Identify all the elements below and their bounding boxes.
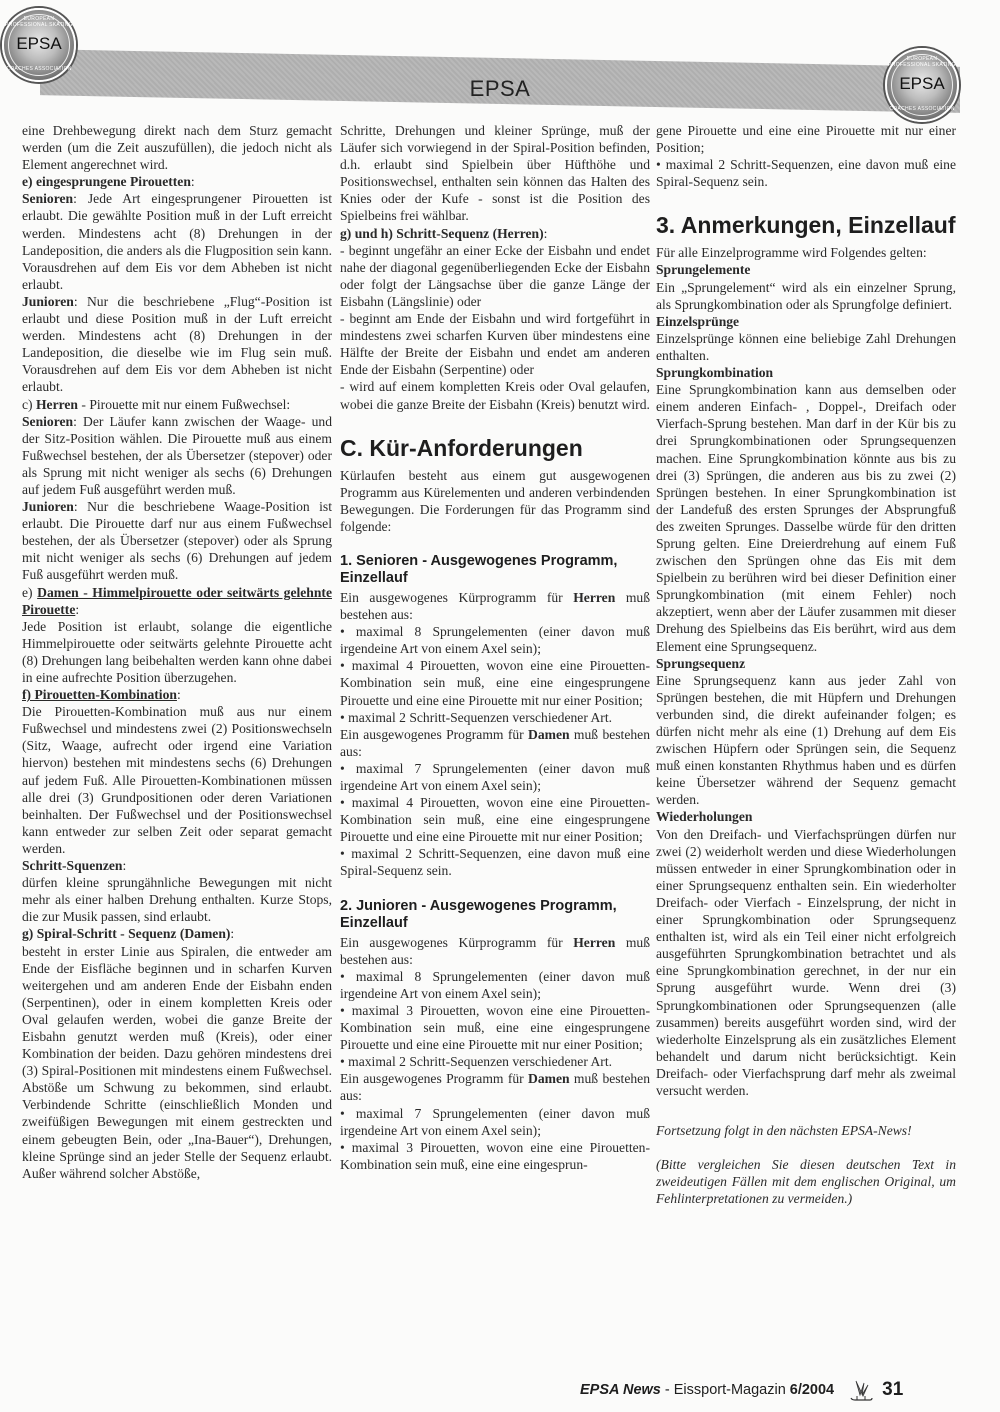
section-heading-gh: g) und h) Schritt-Sequenz (Herren): xyxy=(340,225,650,242)
banner-title: EPSA xyxy=(0,76,1000,102)
paragraph: Für alle Einzelprogramme wird Folgendes … xyxy=(656,244,956,261)
logo-ring-top-text: EUROPEAN PROFESSIONAL SKATING xyxy=(887,56,957,68)
paragraph: Eine Sprungkombination kann aus demselbe… xyxy=(656,381,956,655)
paragraph: Einzelsprünge können eine beliebige Zahl… xyxy=(656,330,956,364)
paragraph-herren: Ein ausgewogenes Kürprogramm für Herren … xyxy=(340,934,650,968)
list-item: • maximal 2 Schritt-Sequenzen verschiede… xyxy=(340,1053,650,1070)
footer-brand: EPSA News xyxy=(580,1382,661,1398)
paragraph: Von den Dreifach- und Vierfachsprüngen d… xyxy=(656,826,956,1100)
paragraph: Kürlaufen besteht aus einem gut ausgewog… xyxy=(340,467,650,535)
logo-ring-bottom-text: COACHES ASSOCIATION xyxy=(4,66,74,72)
logo-ring-top-text: EUROPEAN PROFESSIONAL SKATING xyxy=(4,16,74,28)
heading-text: Damen - Himmelpirouette oder seitwärts g… xyxy=(22,585,332,617)
list-item: - beginnt am Ende der Eisbahn und wird f… xyxy=(340,310,650,378)
section-heading-e: e) eingesprungene Pirouetten: xyxy=(22,173,332,190)
translation-note: (Bitte vergleichen Sie diesen deutschen … xyxy=(656,1156,956,1207)
column-middle: Schritte, Drehungen und kleiner Sprünge,… xyxy=(340,122,650,1173)
list-item: • maximal 7 Sprungelementen (einer davon… xyxy=(340,1105,650,1139)
paragraph: Jede Position ist erlaubt, solange die e… xyxy=(22,618,332,686)
paragraph: Die Pirouetten-Kombination muß aus nur e… xyxy=(22,703,332,857)
section-heading-herren: c) Herren - Pirouette mit nur einem Fußw… xyxy=(22,396,332,413)
section-title-3: 3. Anmerkungen, Einzellauf xyxy=(656,212,956,238)
paragraph-junioren-2: Junioren: Nur die beschriebene Waage-Pos… xyxy=(22,498,332,583)
heading-text: e) eingesprungene Pirouetten xyxy=(22,174,191,189)
section-heading-g: g) Spiral-Schritt - Sequenz (Damen): xyxy=(22,925,332,942)
subheading-wiederholungen: Wiederholungen xyxy=(656,808,956,825)
list-item: • maximal 3 Pirouetten, wovon eine eine … xyxy=(340,1002,650,1053)
section-heading-schritt: Schritt-Squenzen: xyxy=(22,857,332,874)
list-item: • maximal 4 Pirouetten, wovon eine eine … xyxy=(340,657,650,708)
logo-text: EPSA xyxy=(4,34,74,54)
paragraph: gene Pirouette und eine eine Pirouette m… xyxy=(656,122,956,156)
list-item: • maximal 7 Sprungelementen (einer davon… xyxy=(340,760,650,794)
paragraph-senioren: Senioren: Jede Art eingesprungener Pirou… xyxy=(22,190,332,293)
paragraph-senioren-2: Senioren: Der Läufer kann zwischen der W… xyxy=(22,413,332,498)
label-senioren: Senioren xyxy=(22,191,73,206)
subheading-sprungelemente: Sprungelemente xyxy=(656,261,956,278)
subheading-sprungsequenz: Sprungsequenz xyxy=(656,655,956,672)
list-item: - wird auf einem kompletten Kreis oder O… xyxy=(340,378,650,412)
list-item: • maximal 4 Pirouetten, wovon eine eine … xyxy=(340,794,650,845)
footer-magazine: Eissport-Magazin xyxy=(674,1382,786,1398)
epsa-logo-right: EUROPEAN PROFESSIONAL SKATING EPSA COACH… xyxy=(885,48,959,122)
subheading-einzelspruenge: Einzelsprünge xyxy=(656,313,956,330)
list-item: • maximal 2 Schritt-Sequenzen, eine davo… xyxy=(656,156,956,190)
section-heading-damen: e) Damen - Himmelpirouette oder seitwärt… xyxy=(22,584,332,618)
paragraph-damen: Ein ausgewogenes Programm für Damen muß … xyxy=(340,726,650,760)
label-herren: Herren xyxy=(36,397,78,412)
paragraph: dürfen kleine sprungähnliche Bewegungen … xyxy=(22,874,332,925)
paragraph: Eine Sprungsequenz kann aus jeder Zahl v… xyxy=(656,672,956,809)
paragraph: Ein „Sprungelement“ wird als ein einzeln… xyxy=(656,279,956,313)
subsection-title-2: 2. Junioren - Ausgewogenes Programm, Ein… xyxy=(340,898,650,932)
paragraph-herren: Ein ausgewogenes Kürprogramm für Herren … xyxy=(340,589,650,623)
heading-text: g) Spiral-Schritt - Sequenz (Damen) xyxy=(22,926,230,941)
footer-issue: 6/2004 xyxy=(790,1382,834,1398)
column-left: eine Drehbewegung direkt nach dem Sturz … xyxy=(22,122,332,1182)
logo-text: EPSA xyxy=(887,74,957,94)
list-item: - beginnt ungefähr an einer Ecke der Eis… xyxy=(340,242,650,310)
ice-skate-icon xyxy=(848,1377,874,1403)
paragraph: eine Drehbewegung direkt nach dem Sturz … xyxy=(22,122,332,173)
epsa-logo-left: EUROPEAN PROFESSIONAL SKATING EPSA COACH… xyxy=(2,8,76,82)
subsection-title-1: 1. Senioren - Ausgewogenes Programm, Ein… xyxy=(340,553,650,587)
paragraph: Schritte, Drehungen und kleiner Sprünge,… xyxy=(340,122,650,225)
list-item: • maximal 3 Pirouetten, wovon eine eine … xyxy=(340,1139,650,1173)
heading-text: Schritt-Squenzen xyxy=(22,858,122,873)
heading-text: f) Pirouetten-Kombination xyxy=(22,687,177,702)
label-junioren: Junioren xyxy=(22,294,74,309)
paragraph-junioren: Junioren: Nur die beschriebene „Flug“-Po… xyxy=(22,293,332,396)
list-item: • maximal 2 Schritt-Sequenzen, eine davo… xyxy=(340,845,650,879)
logo-ring-bottom-text: COACHES ASSOCIATION xyxy=(887,106,957,112)
list-item: • maximal 2 Schritt-Sequenzen verschiede… xyxy=(340,709,650,726)
label-junioren: Junioren xyxy=(22,499,74,514)
subheading-sprungkombination: Sprungkombination xyxy=(656,364,956,381)
page-footer: EPSA News - Eissport-Magazin 6/2004 31 xyxy=(580,1377,960,1403)
column-right: gene Pirouette und eine eine Pirouette m… xyxy=(656,122,956,1207)
list-item: • maximal 8 Sprungelementen (einer davon… xyxy=(340,968,650,1002)
label-senioren: Senioren xyxy=(22,414,73,429)
heading-text: g) und h) Schritt-Sequenz (Herren) xyxy=(340,226,544,241)
section-title-c: C. Kür-Anforderungen xyxy=(340,435,650,461)
paragraph: besteht in erster Linie aus Spiralen, di… xyxy=(22,943,332,1182)
page-number: 31 xyxy=(882,1379,903,1401)
paragraph-damen: Ein ausgewogenes Programm für Damen muß … xyxy=(340,1070,650,1104)
list-item: • maximal 8 Sprungelementen (einer davon… xyxy=(340,623,650,657)
section-heading-f: f) Pirouetten-Kombination: xyxy=(22,686,332,703)
continued-note: Fortsetzung folgt in den nächsten EPSA-N… xyxy=(656,1122,956,1139)
